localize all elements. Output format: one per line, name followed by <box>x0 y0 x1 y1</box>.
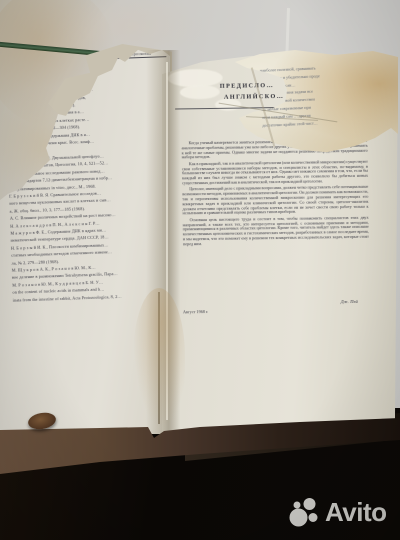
avito-logo-icon <box>286 495 322 529</box>
preface-paragraph: Основная цель настоящего труда и состоит… <box>183 215 369 246</box>
preface-paragraph: Цитолог, имеющий дело с прикладными вопр… <box>182 185 368 216</box>
author-signature: Дж. Пэй <box>184 299 370 307</box>
gutter-water-stain <box>133 288 185 426</box>
preface-body: Когда ученый намеревается заняться решен… <box>182 139 369 249</box>
preface-heading-line2: АНГЛИЙСКО… <box>224 93 284 101</box>
avito-watermark-text: Avito <box>325 499 387 525</box>
listing-photo: …ая микроскопия П. М е л ь н и к о в а В… <box>0 0 400 540</box>
preface-paragraph: Как в прикладной, так и в аналитической … <box>182 160 368 187</box>
avito-watermark: Avito <box>286 495 387 529</box>
preface-heading-line1: ПРЕДИСЛО… <box>220 82 274 90</box>
